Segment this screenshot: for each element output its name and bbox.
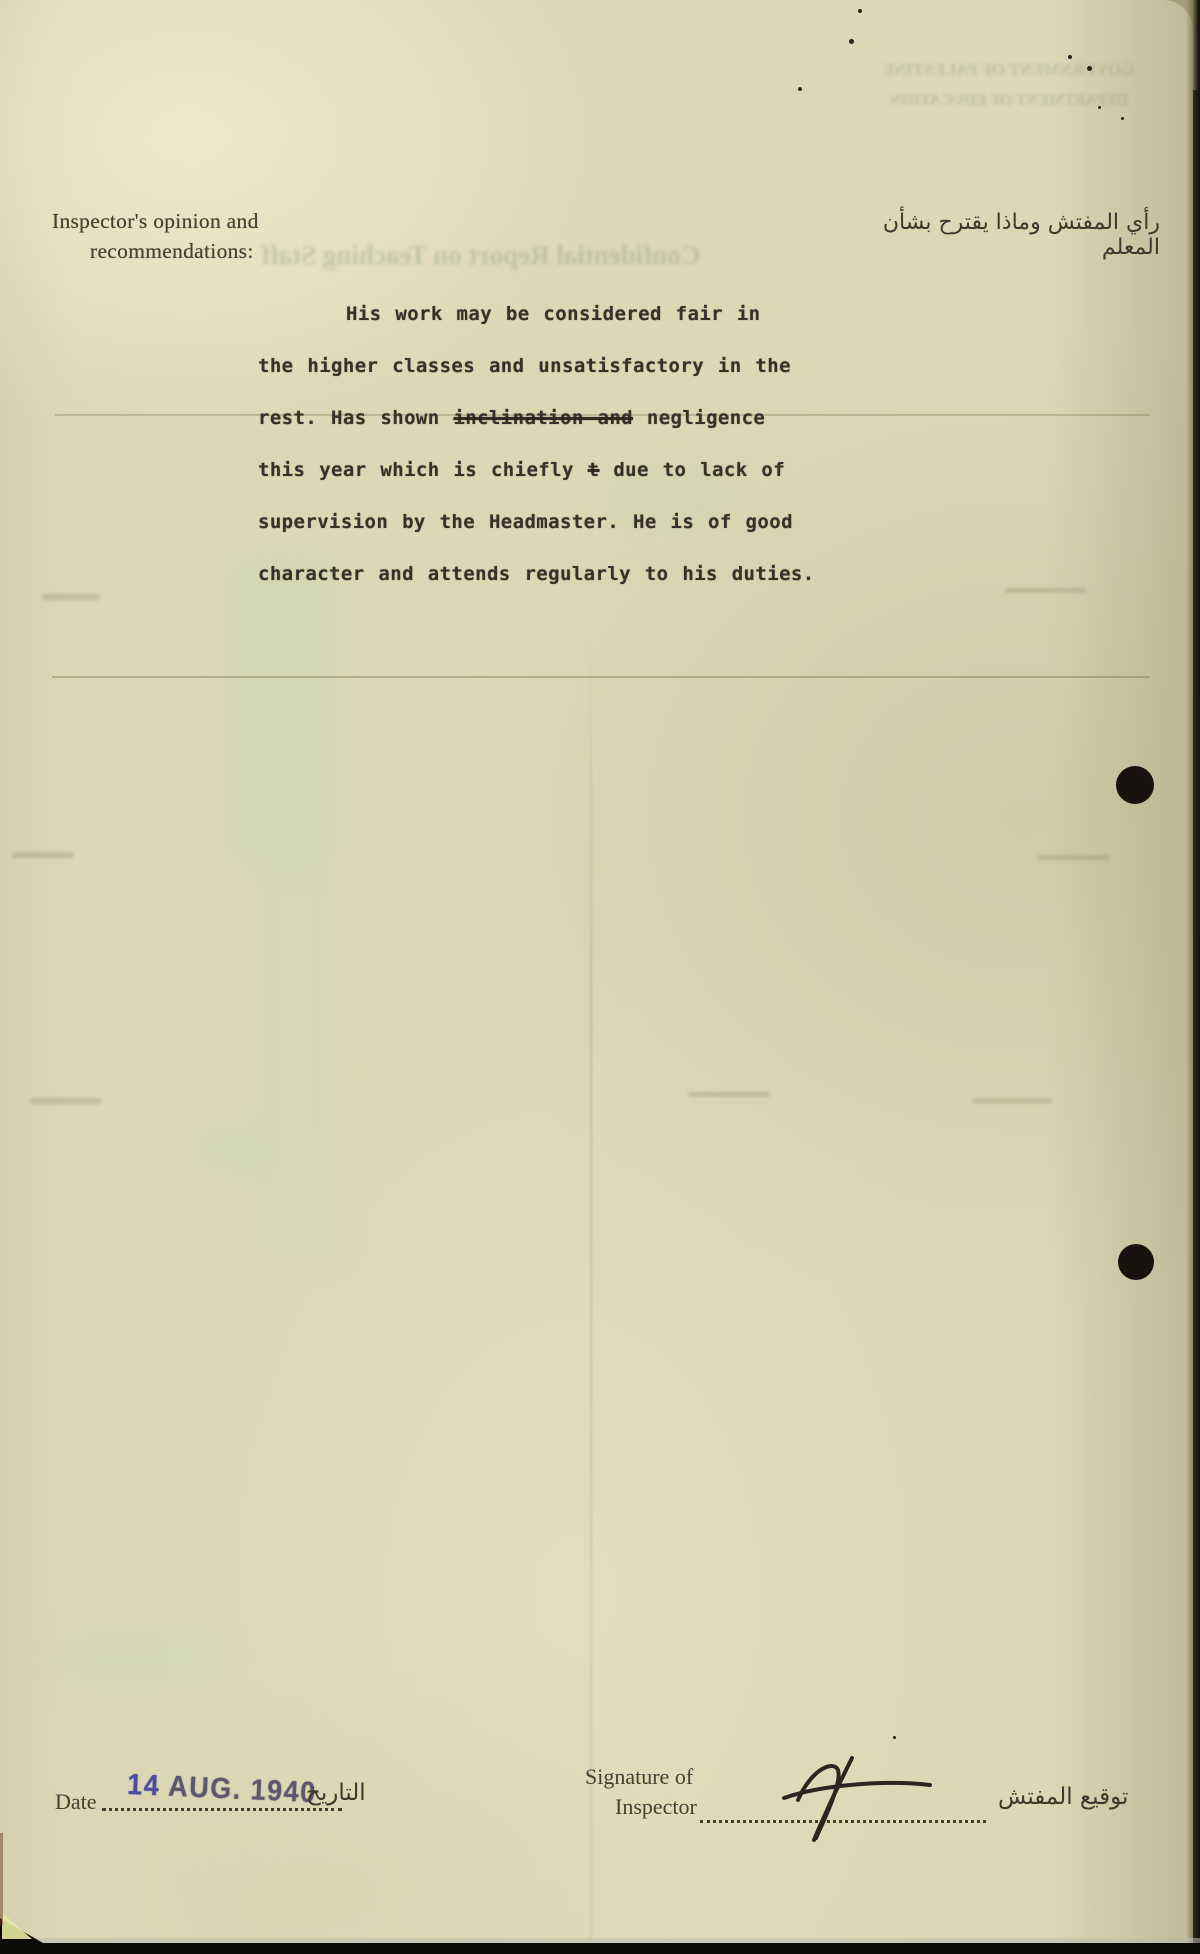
punch-hole xyxy=(1116,766,1154,804)
paper-sheet: GOVERNMENT OF PALESTINE DEPARTMENT OF ED… xyxy=(0,0,1193,1944)
date-label-arabic: التاريخ xyxy=(306,1780,366,1806)
typed-text: character and attends regularly to his d… xyxy=(258,563,815,585)
bleedthrough-mark xyxy=(688,1092,770,1097)
ink-speck xyxy=(849,39,854,44)
ink-speck xyxy=(893,1736,896,1739)
typed-text: this year which is chiefly xyxy=(258,459,588,481)
inspector-opinion-label-arabic: رأي المفتش وماذا يقترح بشأن المعلم xyxy=(850,210,1160,260)
scanned-document-page: GOVERNMENT OF PALESTINE DEPARTMENT OF ED… xyxy=(0,0,1200,1954)
date-stamp-day: 14 xyxy=(127,1768,161,1802)
signature-label-arabic: توقيع المفتش xyxy=(998,1784,1128,1810)
typed-text: the higher classes and unsatisfactory in… xyxy=(258,355,791,377)
typed-line: His work may be considered fair in xyxy=(258,288,898,340)
date-stamp: 14 AUG. 1940 xyxy=(127,1768,318,1810)
paper-stain xyxy=(55,1625,225,1690)
typed-text: His work may be considered fair in xyxy=(346,303,761,325)
signature-label: Signature of Inspector xyxy=(585,1762,697,1822)
ink-speck xyxy=(1087,66,1092,71)
inspector-signature-mark xyxy=(768,1750,968,1845)
bleedthrough-mark xyxy=(12,852,74,858)
scan-right-edge xyxy=(1186,0,1200,1954)
date-stamp-month-year: AUG. 1940 xyxy=(168,1770,318,1809)
paper-crease xyxy=(590,640,592,1940)
punch-hole xyxy=(1118,1244,1154,1280)
typed-opinion-paragraph: His work may be considered fair inthe hi… xyxy=(258,288,898,600)
inspector-opinion-label: Inspector's opinion and recommendations: xyxy=(52,206,259,266)
typed-line: rest. Has shown inclination and negligen… xyxy=(258,392,898,444)
typed-line: this year which is chiefly t due to lack… xyxy=(258,444,898,496)
signature-label-line2: Inspector xyxy=(615,1792,697,1822)
bleedthrough-text: Confidential Report on Teaching Staff xyxy=(228,240,733,271)
bleedthrough-mark xyxy=(972,1098,1052,1103)
scan-bottom-edge xyxy=(0,1943,1200,1954)
ink-speck xyxy=(1098,106,1101,109)
faint-horizontal-rule xyxy=(52,676,1150,678)
typed-line: character and attends regularly to his d… xyxy=(258,548,898,600)
typed-text: due to lack of xyxy=(600,459,786,481)
inspector-opinion-label-line2: recommendations: xyxy=(90,236,259,266)
signature-label-line1: Signature of xyxy=(585,1762,697,1792)
bleedthrough-mark xyxy=(1038,855,1110,860)
typed-text: supervision by the Headmaster. He is of … xyxy=(258,511,793,533)
ink-speck xyxy=(858,9,862,13)
bleedthrough-text: GOVERNMENT OF PALESTINE xyxy=(876,60,1141,80)
paper-stain xyxy=(248,860,343,1260)
ink-speck xyxy=(798,87,802,91)
typed-text: negligence xyxy=(633,407,765,429)
ink-speck xyxy=(1121,117,1124,120)
typed-text: rest. Has shown xyxy=(258,407,453,429)
struck-through-text: inclination and xyxy=(448,407,638,429)
scan-left-edge-mark xyxy=(0,1833,3,1925)
inspector-opinion-label-line1: Inspector's opinion and xyxy=(52,206,259,236)
date-label: Date xyxy=(55,1789,97,1815)
bleedthrough-mark xyxy=(30,1098,102,1104)
paper-stain xyxy=(190,1122,265,1177)
typed-line: the higher classes and unsatisfactory in… xyxy=(258,340,898,392)
typed-line: supervision by the Headmaster. He is of … xyxy=(258,496,898,548)
bleedthrough-mark xyxy=(1005,588,1087,593)
ink-speck xyxy=(1068,55,1072,59)
bleedthrough-mark xyxy=(42,594,100,600)
